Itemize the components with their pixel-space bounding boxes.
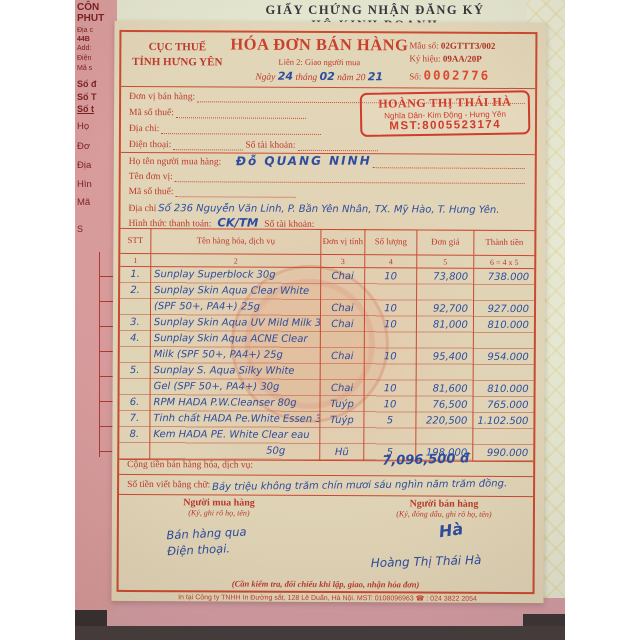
item-amount: 1.102.500 [472, 413, 533, 429]
invoice-date-line: Ngày 24 tháng 02 năm 20 21 [229, 69, 409, 83]
item-name: Sunplay Skin Aqua Clear White (SPF 50+, … [150, 283, 320, 316]
invoice-number: Số: 0002776 [409, 68, 527, 84]
amount-in-words-handwritten: Bảy triệu không trăm chín mươi sáu nghìn… [212, 478, 507, 493]
item-name-line: Kem HADA PE. White Clear eau [153, 427, 319, 443]
signature-section: Người mua hàng (Ký, ghi rõ họ, tên) Ngườ… [119, 495, 533, 581]
dotted-line [175, 170, 525, 184]
buyer-name-label: Họ tên người mua hàng: [129, 157, 222, 167]
dotted-line [173, 138, 243, 150]
seller-signature-subtitle: (Ký, đóng dấu, ghi rõ họ, tên) [369, 509, 519, 519]
item-no: 6. [119, 395, 149, 411]
seller-unit-label: Đơn vị bán hàng: [129, 92, 195, 102]
table-body: 1. Sunplay Superblock 30g Chai 10 73,800… [119, 267, 534, 462]
item-name-line: Sunplay S. Aqua Silky White [154, 363, 320, 379]
dotted-line [373, 156, 525, 169]
buyer-address-row: Địa chỉ Số 236 Nguyễn Văn Linh, P. Bần Y… [121, 197, 535, 216]
item-qty: 10 [364, 284, 416, 316]
item-amount: 810.000 [473, 365, 534, 397]
item-name-line: RPM HADA P.W.Cleanser 80g [153, 395, 319, 411]
buyer-signature-note: Bán hàng qua Điện thoại. [166, 523, 248, 559]
item-unit: Chai [320, 268, 364, 284]
item-name-line: (SPF 50+, PA4+) 25g [154, 299, 320, 315]
item-unit: Chai [320, 316, 364, 332]
seller-account-label: Số tài khoản: [245, 141, 295, 151]
dotted-line [175, 185, 295, 198]
table-row: 5. Sunplay S. Aqua Silky White Gel (SPF … [120, 363, 534, 397]
item-price: 92,700 [416, 284, 473, 316]
col-number: 4 [364, 255, 416, 267]
item-price: 81,600 [416, 364, 473, 396]
invoice-paper: CỤC THUẾ TỈNH HƯNG YÊN HÓA ĐƠN BÁN HÀNG … [111, 21, 546, 603]
item-no: 4. [120, 331, 150, 363]
item-qty: 10 [364, 316, 416, 332]
edge-text: Số T [77, 92, 97, 102]
edge-text: S [77, 224, 83, 234]
col-number: 6 = 4 x 5 [473, 256, 534, 268]
item-unit: Chai [320, 332, 364, 364]
item-price: 73,800 [416, 268, 473, 284]
item-name: Tinh chất HADA Pe.White Essen 30g [149, 411, 319, 428]
item-amount: 765.000 [472, 397, 533, 413]
edge-text: Mã s [77, 65, 92, 72]
date-year-label: năm 20 [337, 73, 365, 83]
edge-text: Mã [77, 197, 90, 208]
col-header-price: Đơn giá [416, 229, 473, 254]
certificate-title: GIẤY CHỨNG NHẬN ĐĂNG KÝ [185, 3, 565, 18]
edge-text: Địa [77, 160, 91, 171]
item-no: 7. [119, 411, 149, 427]
serial-number: Ký hiệu: 09AA/20P [409, 52, 527, 66]
edge-text: Add: [77, 45, 91, 52]
item-qty: 10 [364, 332, 416, 364]
item-no: 3. [120, 315, 150, 331]
form-label: Mẫu số: [409, 40, 438, 50]
totals-section: Cộng tiền bán hàng hóa, dịch vụ: 7,096,5… [119, 455, 533, 497]
item-name: Sunplay Skin Aqua UV Mild Milk 30g [150, 315, 320, 332]
seller-phone-label: Điện thoại: [129, 140, 172, 150]
item-name: Sunplay S. Aqua Silky White Gel (SPF 50+… [150, 363, 320, 396]
item-no: 5. [120, 363, 150, 395]
buyer-signature-block: Người mua hàng (Ký, ghi rõ họ, tên) [149, 497, 289, 518]
seller-info-stamp: HOÀNG THỊ THÁI HÀ Nghĩa Dân- Kim Động - … [360, 90, 531, 137]
items-table: STT Tên hàng hóa, dịch vụ Đơn vị tính Số… [119, 228, 534, 462]
item-name: Sunplay Superblock 30g [150, 267, 320, 284]
form-number: Mẫu số: 02GTTT3/002 [409, 39, 527, 53]
invoice-photo: GIẤY CHỨNG NHẬN ĐĂNG KÝ HỘ KINH DOANH g;… [75, 0, 565, 640]
col-number: 5 [416, 255, 473, 267]
item-name-line: Sunplay Skin Aqua ACNE Clear [154, 331, 320, 347]
item-name: Sunplay Skin Aqua ACNE Clear Milk (SPF 5… [150, 331, 320, 364]
item-no: 2. [120, 283, 150, 315]
date-year-value: 21 [368, 70, 383, 83]
buyer-note-line: Điện thoại. [167, 539, 248, 559]
seller-phone-row: Điện thoại: Số tài khoản: [121, 134, 535, 152]
invoice-title-block: HÓA ĐƠN BÁN HÀNG Liên 2: Giao người mua … [229, 34, 409, 83]
invoice-border-frame: CỤC THUẾ TỈNH HƯNG YÊN HÓA ĐƠN BÁN HÀNG … [117, 30, 538, 594]
edge-text: CÔN [77, 2, 99, 13]
item-amount: 927.000 [473, 285, 534, 317]
number-label: Số: [409, 71, 421, 81]
seller-name-handwritten: Hoàng Thị Thái Hà [371, 553, 482, 570]
col-header-amount: Thành tiền [473, 230, 534, 255]
seller-tax-label: Mã số thuế: [129, 108, 174, 118]
item-qty: 10 [364, 364, 416, 396]
col-header-name: Tên hàng hóa, dịch vụ [150, 228, 320, 254]
item-name-line: Sunplay Superblock 30g [154, 267, 320, 283]
pink-paper-left: CÔN PHUT Địa c 44B Add: Điện Mã s Số đ S… [75, 0, 117, 612]
edge-text: Hìn [77, 179, 92, 190]
buyer-tax-row: Mã số thuế: [121, 182, 535, 199]
edge-text: Số t [77, 104, 94, 114]
item-unit: Tuýp [319, 412, 363, 428]
item-qty: 10 [364, 268, 416, 284]
edge-text: PHUT [77, 13, 104, 24]
item-price: 95,400 [416, 332, 473, 364]
buyer-unit-label: Tên đơn vị: [129, 172, 173, 182]
item-unit: Chai [320, 284, 364, 316]
buyer-signature-title: Người mua hàng [149, 497, 289, 509]
dotted-line [176, 106, 306, 119]
serial-label: Ký hiệu: [409, 53, 440, 63]
dotted-line [161, 122, 321, 135]
item-name-line: Sunplay Skin Aqua Clear White [154, 283, 320, 299]
buyer-signature-subtitle: (Ký, ghi rõ họ, tên) [149, 508, 289, 518]
buyer-section: Họ tên người mua hàng: Đỗ QUANG NINH Tên… [120, 152, 534, 231]
col-header-stt: STT [120, 228, 150, 253]
item-name-line: Gel (SPF 50+, PA4+) 30g [154, 379, 320, 395]
col-header-unit: Đơn vị tính [320, 229, 364, 254]
item-no: 1. [120, 267, 150, 283]
table-row: 2. Sunplay Skin Aqua Clear White (SPF 50… [120, 283, 534, 317]
stamp-seller-tax-id: MST:8005523174 [366, 118, 524, 132]
edge-text: Điện [77, 55, 91, 62]
col-number: 2 [150, 254, 320, 267]
edge-text: Đơ [77, 141, 90, 152]
buyer-tax-label: Mã số thuế: [129, 187, 174, 197]
total-amount-handwritten: 7,096,500 đ [382, 451, 469, 469]
seller-section: Đơn vị bán hàng: Mã số thuế: Địa chỉ: Đi… [121, 86, 535, 155]
item-qty: 10 [363, 396, 415, 412]
tax-office: CỤC THUẾ TỈNH HƯNG YÊN [127, 40, 227, 71]
table-edge-shadow [75, 626, 565, 640]
date-month-value: 02 [319, 70, 334, 83]
total-amount-row: Cộng tiền bán hàng hóa, dịch vụ: 7,096,5… [119, 455, 533, 477]
item-unit: Tuýp [319, 396, 363, 412]
table-row: 4. Sunplay Skin Aqua ACNE Clear Milk (SP… [120, 331, 534, 365]
seller-address-label: Địa chỉ: [129, 124, 159, 134]
item-amount: 738.000 [473, 269, 534, 285]
date-day-value: 24 [278, 70, 293, 83]
buyer-name-row: Họ tên người mua hàng: Đỗ QUANG NINH [121, 152, 535, 169]
item-qty: 5 [363, 412, 415, 428]
verification-note: (Cần kiểm tra, đối chiếu khi lập, giao, … [119, 578, 533, 590]
seller-signature-handwritten: Hà [438, 519, 465, 541]
table-header-row: STT Tên hàng hóa, dịch vụ Đơn vị tính Số… [120, 228, 534, 256]
amount-in-words-label: Số tiền viết bằng chữ: [127, 479, 210, 489]
date-month-label: tháng [295, 73, 317, 83]
item-price: 220,500 [415, 412, 472, 428]
item-amount: 810.000 [473, 317, 534, 333]
invoice-title: HÓA ĐƠN BÁN HÀNG [229, 34, 409, 55]
col-number: 1 [120, 254, 150, 266]
edge-text: Họ [77, 121, 89, 132]
col-header-qty: Số lượng [364, 229, 416, 254]
item-price: 76,500 [415, 396, 472, 412]
item-name: RPM HADA P.W.Cleanser 80g [149, 395, 319, 412]
edge-text: Địa c [77, 27, 93, 34]
invoice-header: CỤC THUẾ TỈNH HƯNG YÊN HÓA ĐƠN BÁN HÀNG … [121, 32, 535, 89]
buyer-unit-row: Tên đơn vị: [121, 167, 535, 184]
edge-text: 44B [77, 36, 90, 43]
total-label: Cộng tiền bán hàng hóa, dịch vụ: [127, 459, 253, 470]
buyer-name-handwritten: Đỗ QUANG NINH [235, 154, 371, 169]
serial-value: 09AA/20P [443, 54, 482, 64]
item-name-line: Tinh chất HADA Pe.White Essen 30g [153, 411, 319, 427]
dotted-line [297, 139, 377, 151]
item-price: 81,000 [416, 316, 473, 332]
buyer-address-label: Địa chỉ [129, 204, 157, 214]
date-day-label: Ngày [255, 73, 275, 83]
item-name-line: Milk (SPF 50+, PA4+) 25g [154, 347, 320, 363]
item-amount: 954.000 [473, 333, 534, 365]
item-unit: Chai [320, 364, 364, 396]
col-number: 3 [320, 255, 364, 267]
tax-office-line1: CỤC THUẾ [127, 40, 227, 56]
copy-note: Liên 2: Giao người mua [229, 56, 409, 67]
number-value: 0002776 [423, 67, 490, 82]
item-name-line: Sunplay Skin Aqua UV Mild Milk 30g [154, 315, 320, 331]
seller-signature-title: Người bán hàng [369, 498, 519, 510]
tax-office-line2: TỈNH HƯNG YÊN [127, 55, 227, 71]
invoice-meta: Mẫu số: 02GTTT3/002 Ký hiệu: 09AA/20P Số… [409, 39, 527, 84]
edge-text: Số đ [77, 79, 97, 89]
seller-signature-block: Người bán hàng (Ký, đóng dấu, ghi rõ họ,… [369, 498, 519, 519]
form-value: 02GTTT3/002 [441, 41, 496, 51]
amount-in-words-row: Số tiền viết bằng chữ: Bảy triệu không t… [119, 475, 533, 497]
buyer-address-handwritten: Số 236 Nguyễn Văn Linh, P. Bần Yên Nhân,… [158, 203, 499, 216]
